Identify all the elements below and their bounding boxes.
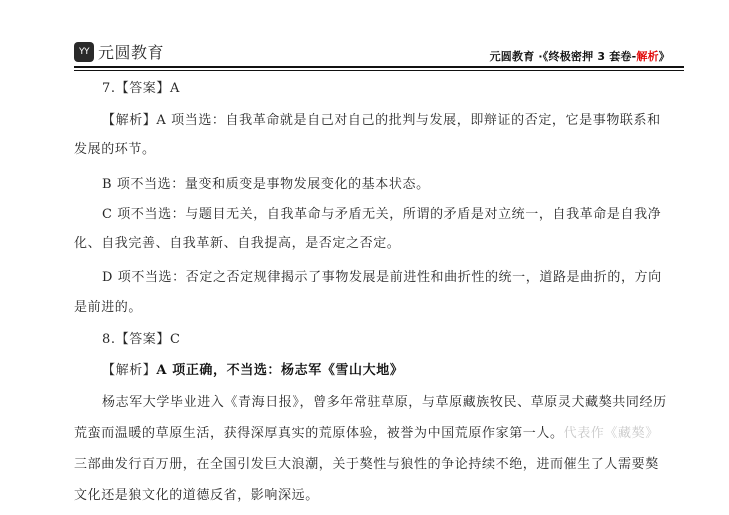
analysis-7-d: D 项不当选：否定之否定规律揭示了事物发展是前进性和曲折性的统一，道路是曲折的，… <box>102 269 662 287</box>
page-header: YY 元圆教育 元圆教育 ·《终极密押 3 套卷-解析》 <box>74 38 684 68</box>
faded-text: 代表作《藏獒》 <box>564 426 659 441</box>
title-highlight: 解析 <box>636 50 658 63</box>
paragraph-text: 荒蛮而温暖的草原生活，获得深厚真实的荒原体验，被誉为中国荒原作家第一人。 <box>74 426 564 441</box>
analysis-7-a-cont: 发展的环节。 <box>74 141 156 159</box>
paragraph-line: 三部曲发行百万册，在全国引发巨大浪潮，关于獒性与狼性的争论持续不绝，进而催生了人… <box>74 456 659 474</box>
title-suffix: 》 <box>659 50 670 63</box>
analysis-7-c: C 项不当选：与题目无关，自我革命与矛盾无关，所谓的矛盾是对立统一，自我革命是自… <box>102 206 661 224</box>
analysis-8-a-heading: A 项正确，不当选：杨志军《雪山大地》 <box>156 363 403 378</box>
analysis-8-a: 【解析】A 项正确，不当选：杨志军《雪山大地》 <box>102 362 403 380</box>
paragraph-line: 文化还是狼文化的道德反省，影响深远。 <box>74 487 319 505</box>
header-rule-thin <box>74 70 684 71</box>
brand-logo: YY 元圆教育 <box>74 40 164 63</box>
analysis-7-c-cont: 化、自我完善、自我革新、自我提高，是否定之否定。 <box>74 235 400 253</box>
title-prefix: 元圆教育 ·《终极密押 3 套卷- <box>490 50 637 63</box>
analysis-7-d-cont: 是前进的。 <box>74 299 142 317</box>
document-title: 元圆教育 ·《终极密押 3 套卷-解析》 <box>490 48 670 64</box>
analysis-7-b: B 项不当选：量变和质变是事物发展变化的基本状态。 <box>102 176 430 194</box>
document-page: YY 元圆教育 元圆教育 ·《终极密押 3 套卷-解析》 7.【答案】A 【解析… <box>0 0 729 515</box>
answer-7: 7.【答案】A <box>102 80 180 98</box>
analysis-7-a: 【解析】A 项当选：自我革命就是自己对自己的批判与发展，即辩证的否定，它是事物联… <box>102 112 661 130</box>
logo-text: 元圆教育 <box>98 40 164 63</box>
paragraph-line: 杨志军大学毕业进入《青海日报》，曾多年常驻草原，与草原藏族牧民、草原灵犬藏獒共同… <box>102 394 667 412</box>
header-rule-thick <box>74 66 684 68</box>
answer-8: 8.【答案】C <box>102 331 181 349</box>
analysis-label: 【解析】 <box>102 363 156 378</box>
logo-mark-icon: YY <box>74 42 94 62</box>
paragraph-line: 荒蛮而温暖的草原生活，获得深厚真实的荒原体验，被誉为中国荒原作家第一人。代表作《… <box>74 425 659 443</box>
